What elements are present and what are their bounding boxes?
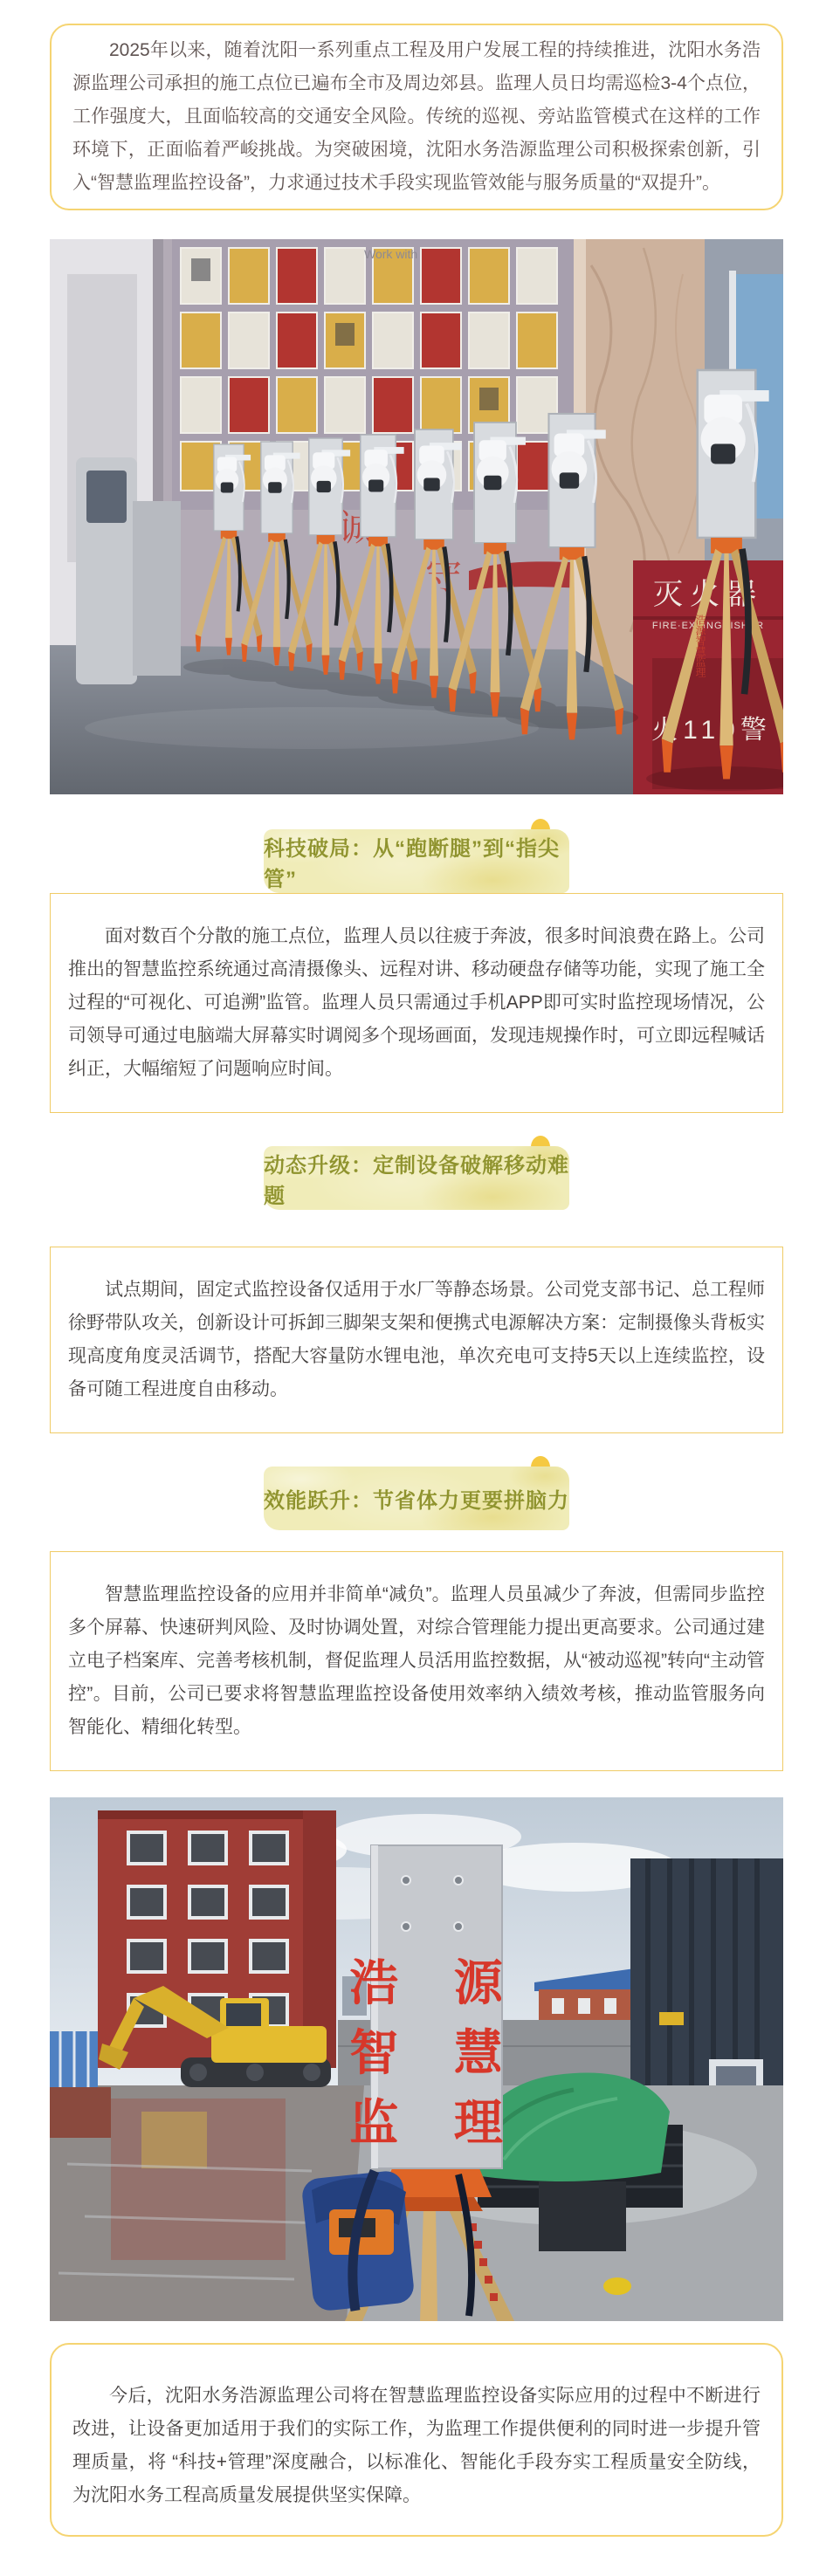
sign-row-jianli: 监 理	[349, 2095, 524, 2150]
photo-tripod-camera-row[interactable]: Work with 诚 守	[50, 239, 783, 794]
section-header-3: 效能跃升：节省体力更要拼脑力	[264, 1456, 569, 1530]
section-title-1: 科技破局：从“跑断腿”到“指尖管”	[264, 831, 569, 892]
photo2-illustration: 浩 源 智 慧 监 理	[50, 1797, 783, 2321]
sign-row-zhihui: 智 慧	[349, 2025, 524, 2080]
section-title-2: 动态升级：定制设备破解移动难题	[264, 1148, 569, 1209]
safety-helmet	[603, 2277, 631, 2295]
brush-background: 动态升级：定制设备破解移动难题	[264, 1146, 569, 1210]
intro-box: 2025年以来，随着沈阳一系列重点工程及用户发展工程的持续推进，沈阳水务浩源监理…	[50, 24, 783, 210]
section-paragraph-2: 试点期间，固定式监控设备仅适用于水厂等静态场景。公司党支部书记、总工程师徐野带队…	[68, 1274, 765, 1406]
sign-row-haoyuan: 浩 源	[349, 1955, 524, 2010]
small-loader	[659, 2012, 684, 2025]
brush-background: 效能跃升：节省体力更要拼脑力	[264, 1467, 569, 1530]
tripod-leg-label: 浩源智慧监理	[694, 614, 706, 677]
closing-paragraph: 今后，沈阳水务浩源监理公司将在智慧监理监控设备实际应用的过程中不断进行改进，让设…	[72, 2380, 761, 2512]
wall-english-text: Work with	[364, 247, 417, 261]
section-title-3: 效能跃升：节省体力更要拼脑力	[264, 1483, 569, 1514]
section-paragraph-1: 面对数百个分散的施工点位，监理人员以往疲于奔波，很多时间浪费在路上。公司推出的智…	[68, 920, 765, 1086]
article-content: 2025年以来，随着沈阳一系列重点工程及用户发展工程的持续推进，沈阳水务浩源监理…	[50, 24, 783, 2537]
article-page: 2025年以来，随着沈阳一系列重点工程及用户发展工程的持续推进，沈阳水务浩源监理…	[0, 24, 833, 2576]
section-header-1: 科技破局：从“跑断腿”到“指尖管”	[264, 819, 569, 893]
section-header-2: 动态升级：定制设备破解移动难题	[264, 1136, 569, 1210]
brick-pile	[50, 2087, 111, 2138]
photo-construction-site-sign[interactable]: 浩 源 智 慧 监 理	[50, 1797, 783, 2321]
intro-paragraph: 2025年以来，随着沈阳一系列重点工程及用户发展工程的持续推进，沈阳水务浩源监理…	[72, 34, 761, 200]
section-body-3: 智慧监理监控设备的应用并非简单“减负”。监理人员虽减少了奔波，但需同步监控多个屏…	[50, 1551, 783, 1771]
section-body-2: 试点期间，固定式监控设备仅适用于水厂等静态场景。公司党支部书记、总工程师徐野带队…	[50, 1247, 783, 1433]
photo1-illustration: Work with 诚 守	[50, 239, 783, 794]
section-body-1: 面对数百个分散的施工点位，监理人员以往疲于奔波，很多时间浪费在路上。公司推出的智…	[50, 893, 783, 1113]
closing-box: 今后，沈阳水务浩源监理公司将在智慧监理监控设备实际应用的过程中不断进行改进，让设…	[50, 2343, 783, 2537]
section-paragraph-3: 智慧监理监控设备的应用并非简单“减负”。监理人员虽减少了奔波，但需同步监控多个屏…	[68, 1578, 765, 1744]
brush-background: 科技破局：从“跑断腿”到“指尖管”	[264, 829, 569, 893]
